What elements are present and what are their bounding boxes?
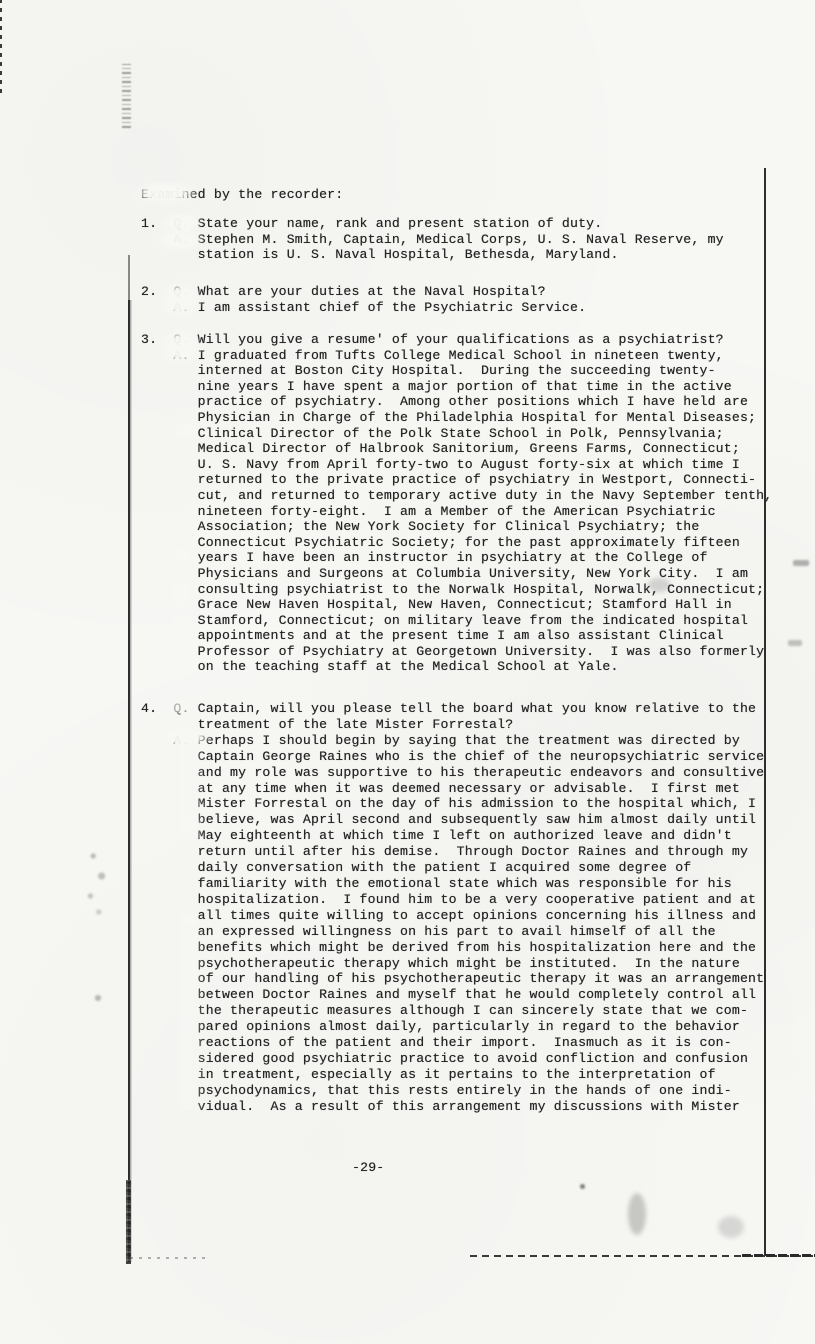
page-edge-line-bottom-heavy [742, 1254, 815, 1257]
page-edge-line-bottom-left [130, 1257, 210, 1259]
page-number: -29- [352, 1160, 384, 1176]
scanned-document-page: Examined by the recorder: 1. Q. State yo… [0, 0, 815, 1344]
page-edge-line-left [128, 300, 130, 1262]
scan-speck [628, 1193, 646, 1235]
scan-speck [793, 560, 809, 566]
scan-speck [648, 578, 670, 592]
qa-item-3: 3. Q. Will you give a resume' of your qu… [141, 332, 772, 675]
scan-speck [580, 1184, 585, 1189]
qa-item-2: 2. Q. What are your duties at the Naval … [141, 284, 586, 315]
scan-smudge-top-left [122, 64, 131, 128]
scan-speck [718, 1216, 744, 1238]
scan-speck [788, 640, 802, 646]
page-edge-line-right-dashed [0, 0, 2, 93]
qa-item-1: 1. Q. State your name, rank and present … [141, 216, 724, 263]
scan-speck [82, 840, 110, 920]
page-edge-line-left-upper [128, 255, 130, 300]
qa-item-4: 4. Q. Captain, will you please tell the … [141, 701, 764, 1115]
examination-header: Examined by the recorder: [141, 187, 343, 203]
page-edge-line-left-bottom [126, 1180, 131, 1264]
scan-speck [95, 995, 101, 1001]
